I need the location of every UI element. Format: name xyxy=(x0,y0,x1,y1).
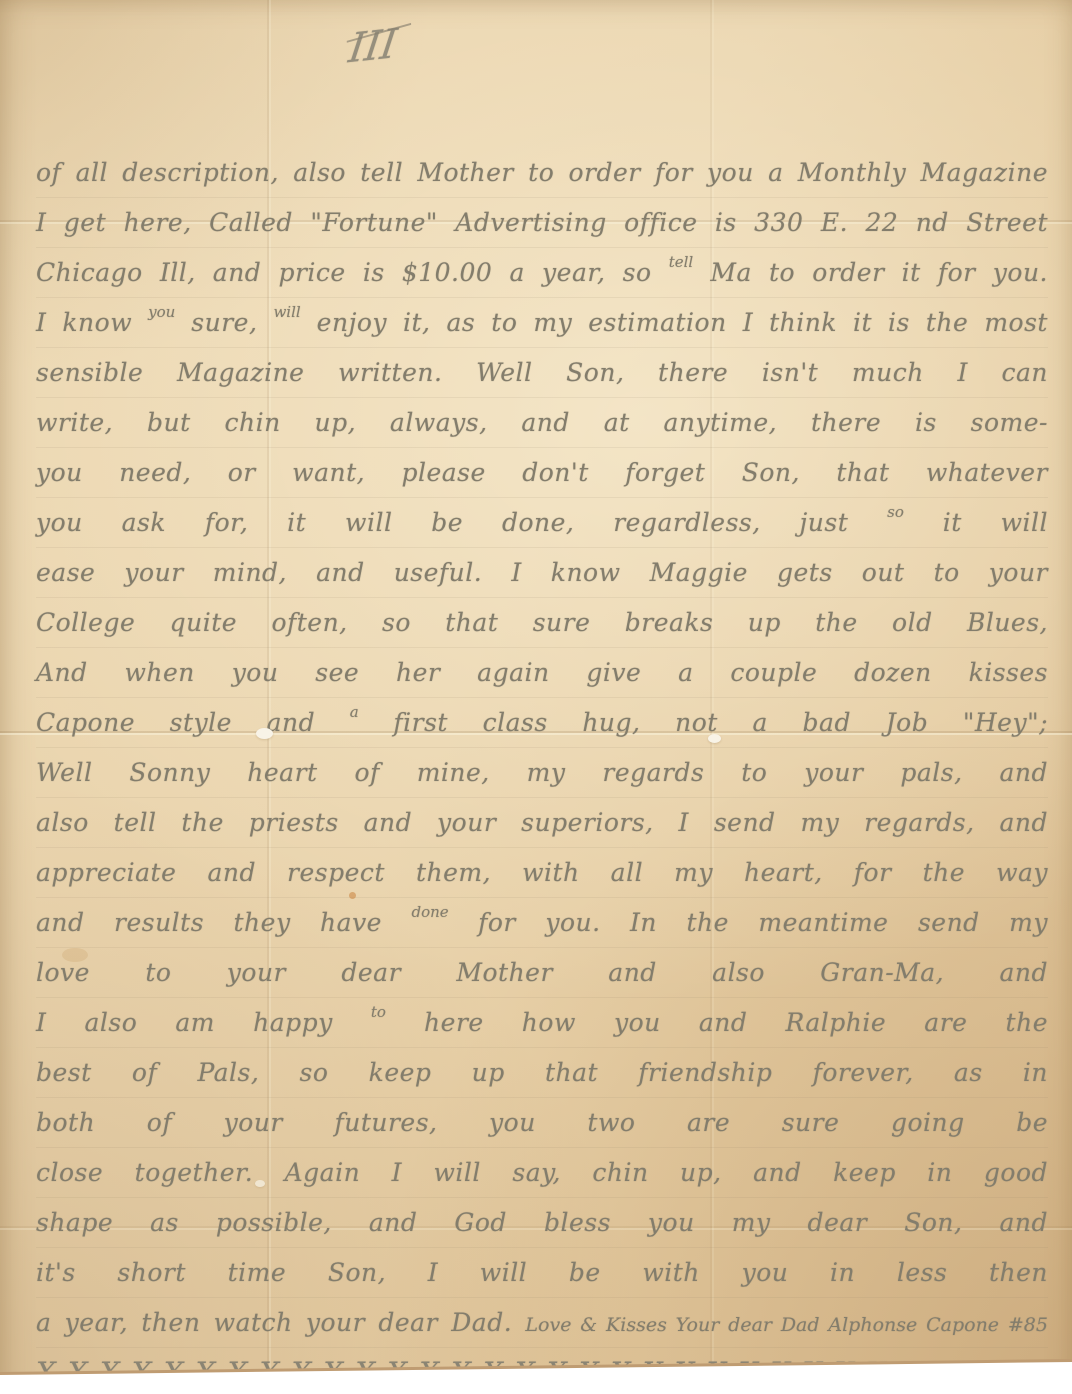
handwritten-text: sensible Magazine written. Well Son, the… xyxy=(36,358,1048,387)
letter-line: I know you sure, will enjoy it, as to my… xyxy=(36,298,1048,348)
handwritten-text: first class hug, not a bad Job "Hey"; xyxy=(359,708,1048,737)
paper-stain xyxy=(349,892,356,899)
letter-line: you ask for, it will be done, regardless… xyxy=(36,498,1048,548)
handwritten-text: and results they have xyxy=(36,908,411,937)
letter-line: best of Pals, so keep up that friendship… xyxy=(36,1048,1048,1098)
handwritten-text: sure, xyxy=(175,308,273,337)
letter-line: both of your futures, you two are sure g… xyxy=(36,1098,1048,1148)
paper-stain xyxy=(62,948,88,962)
handwritten-text: here how you and Ralphie are the xyxy=(386,1008,1048,1037)
page-number: III xyxy=(344,17,432,87)
letter-line: sensible Magazine written. Well Son, the… xyxy=(36,348,1048,398)
letter-line: Capone style and a first class hug, not … xyxy=(36,698,1048,748)
handwritten-text: Capone style and xyxy=(36,708,350,737)
handwritten-text: And when you see her again give a couple… xyxy=(36,658,1048,687)
letter-line: of all description, also tell Mother to … xyxy=(36,148,1048,198)
letter-line: I also am happy to here how you and Ralp… xyxy=(36,998,1048,1048)
paper-tear-speck xyxy=(255,1180,265,1187)
letter-line: Well Sonny heart of mine, my regards to … xyxy=(36,748,1048,798)
handwritten-text: I also am happy xyxy=(36,1008,371,1037)
paper-tear-speck xyxy=(256,728,273,739)
handwritten-text: close together. Again I will say, chin u… xyxy=(36,1158,1048,1187)
handwritten-text: you ask for, it will be done, regardless… xyxy=(36,508,887,537)
handwritten-text: best of Pals, so keep up that friendship… xyxy=(36,1058,1048,1087)
handwritten-text: love to your dear Mother and also Gran-M… xyxy=(36,958,1048,987)
handwritten-text: I know xyxy=(36,308,148,337)
letter-line: ease your mind, and useful. I know Maggi… xyxy=(36,548,1048,598)
signature: Love & Kisses Your dear Dad Alphonse Cap… xyxy=(525,1314,1048,1336)
letter-line: and results they have done for you. In t… xyxy=(36,898,1048,948)
letter-line: Chicago Ill, and price is $10.00 a year,… xyxy=(36,248,1048,298)
handwritten-text: enjoy it, as to my estimation I think it… xyxy=(301,308,1048,337)
handwritten-text: Well Sonny heart of mine, my regards to … xyxy=(36,758,1048,787)
letter-line: a year, then watch your dear Dad. Love &… xyxy=(36,1298,1048,1348)
handwritten-text: Ma to order it for you. xyxy=(693,258,1048,287)
handwritten-text: a year, then watch your dear Dad. xyxy=(36,1308,525,1337)
letter-line: shape as possible, and God bless you my … xyxy=(36,1198,1048,1248)
paper-tear-speck xyxy=(708,734,721,743)
handwritten-text: it will xyxy=(904,508,1048,537)
letter-line: also tell the priests and your superiors… xyxy=(36,798,1048,848)
letter-lines: of all description, also tell Mother to … xyxy=(36,148,1048,1394)
letter-line: love to your dear Mother and also Gran-M… xyxy=(36,948,1048,998)
handwritten-text: ease your mind, and useful. I know Maggi… xyxy=(36,558,1048,587)
handwritten-text: College quite often, so that sure breaks… xyxy=(36,608,1048,637)
handwritten-text: both of your futures, you two are sure g… xyxy=(36,1108,1048,1137)
letter-line: you need, or want, please don't forget S… xyxy=(36,448,1048,498)
handwritten-text: appreciate and respect them, with all my… xyxy=(36,858,1048,887)
scanned-letter-page: III of all description, also tell Mother… xyxy=(0,0,1072,1394)
paper-sheet: III of all description, also tell Mother… xyxy=(0,0,1072,1394)
letter-line: appreciate and respect them, with all my… xyxy=(36,848,1048,898)
handwritten-text: shape as possible, and God bless you my … xyxy=(36,1208,1048,1237)
handwritten-text: Chicago Ill, and price is $10.00 a year,… xyxy=(36,258,669,287)
handwritten-text: you need, or want, please don't forget S… xyxy=(36,458,1048,487)
letter-line: close together. Again I will say, chin u… xyxy=(36,1148,1048,1198)
handwritten-text: I get here, Called "Fortune" Advertising… xyxy=(36,208,1048,237)
letter-line: it's short time Son, I will be with you … xyxy=(36,1248,1048,1298)
letter-line: College quite often, so that sure breaks… xyxy=(36,598,1048,648)
letter-line: And when you see her again give a couple… xyxy=(36,648,1048,698)
handwritten-text: also tell the priests and your superiors… xyxy=(36,808,1048,837)
handwritten-text: of all description, also tell Mother to … xyxy=(36,158,1048,187)
letter-line: write, but chin up, always, and at anyti… xyxy=(36,398,1048,448)
handwritten-text: write, but chin up, always, and at anyti… xyxy=(36,408,1048,437)
handwritten-text: for you. In the meantime send my xyxy=(449,908,1048,937)
handwritten-text: it's short time Son, I will be with you … xyxy=(36,1258,1048,1287)
letter-line: I get here, Called "Fortune" Advertising… xyxy=(36,198,1048,248)
